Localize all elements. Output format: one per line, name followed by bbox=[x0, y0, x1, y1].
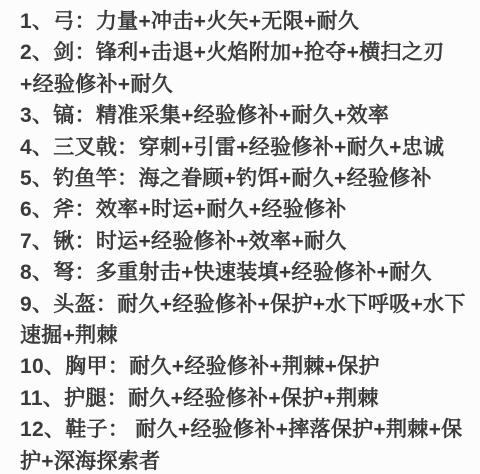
list-item: 3、镐：精准采集+经验修补+耐久+效率 bbox=[20, 100, 472, 131]
list-item: 11、护腿：耐久+经验修补+保护+荆棘 bbox=[20, 383, 472, 414]
list-item: 6、斧：效率+时运+耐久+经验修补 bbox=[20, 194, 472, 225]
list-item: 1、弓：力量+冲击+火矢+无限+耐久 bbox=[20, 6, 472, 37]
list-item: 4、三叉戟：穿刺+引雷+经验修补+耐久+忠诚 bbox=[20, 132, 472, 163]
list-item: 9、头盔：耐久+经验修补+保护+水下呼吸+水下速掘+荆棘 bbox=[20, 289, 472, 352]
list-item: 8、弩：多重射击+快速装填+经验修补+耐久 bbox=[20, 257, 472, 288]
list-item: 7、锹：时运+经验修补+效率+耐久 bbox=[20, 226, 472, 257]
list-item: 2、剑：锋利+击退+火焰附加+抢夺+横扫之刃+经验修补+耐久 bbox=[20, 37, 472, 100]
list-item: 10、胸甲：耐久+经验修补+荆棘+保护 bbox=[20, 351, 472, 382]
list-item: 5、钓鱼竿：海之眷顾+钓饵+耐久+经验修补 bbox=[20, 163, 472, 194]
enchantment-list: 1、弓：力量+冲击+火矢+无限+耐久2、剑：锋利+击退+火焰附加+抢夺+横扫之刃… bbox=[0, 0, 480, 474]
list-item: 12、鞋子： 耐久+经验修补+摔落保护+荆棘+保护+深海探索者 bbox=[20, 414, 472, 474]
